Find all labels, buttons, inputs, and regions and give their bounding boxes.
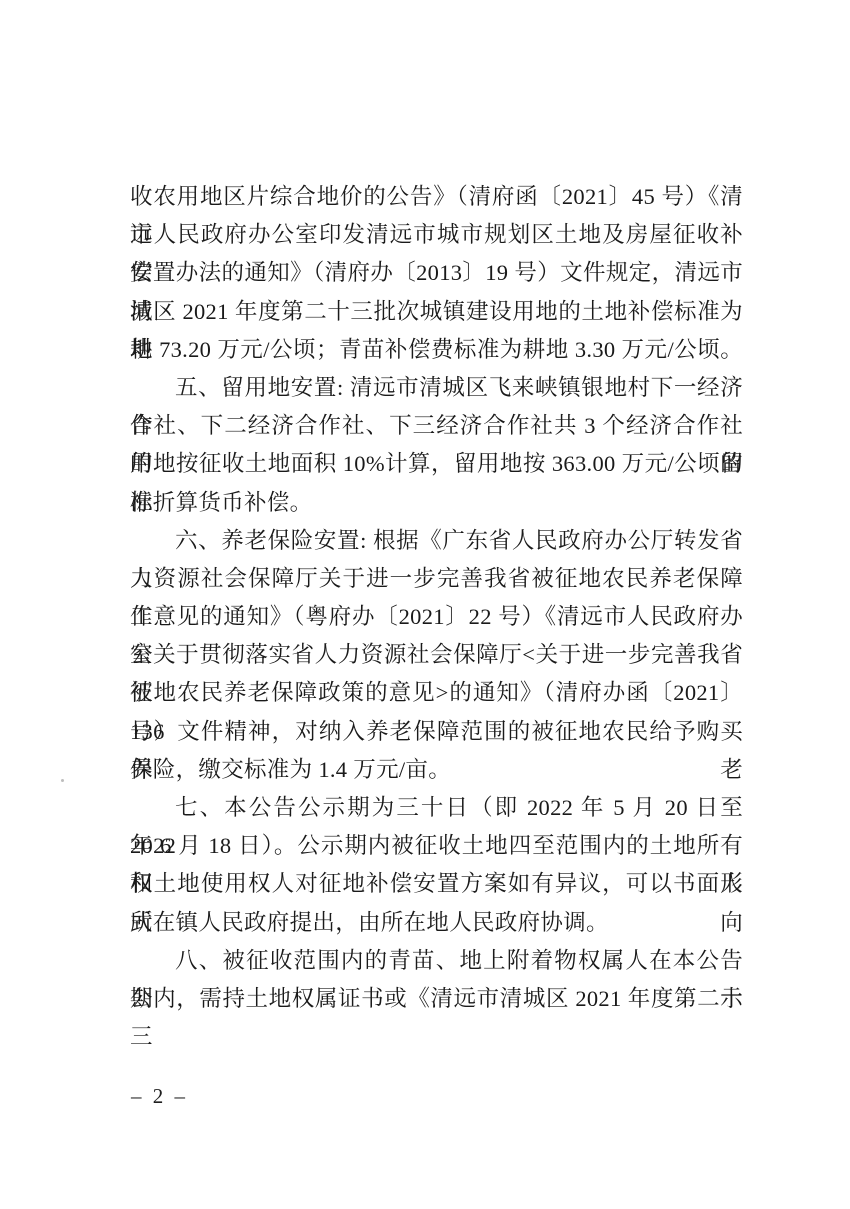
document-page: 收农用地区片综合地价的公告》（清府函〔2021〕45 号）《清远市人民政府办公室… xyxy=(0,0,850,1209)
text-line: 力资源社会保障厅关于进一步完善我省被征地农民养老保障工 xyxy=(130,560,743,598)
text-line: 收农用地区片综合地价的公告》（清府函〔2021〕45 号）《清远 xyxy=(130,178,743,216)
text-line: 地 73.20 万元/公顷；青苗补偿费标准为耕地 3.30 万元/公顷。 xyxy=(130,331,743,369)
text-line: 五、留用地安置: 清远市清城区飞来峡镇银地村下一经济合 xyxy=(130,369,743,407)
text-line: 安置办法的通知》（清府办〔2013〕19 号）文件规定，清远市清 xyxy=(130,254,743,292)
scan-artifact-dot xyxy=(61,779,64,782)
document-body: 收农用地区片综合地价的公告》（清府函〔2021〕45 号）《清远市人民政府办公室… xyxy=(130,178,743,1018)
text-line: 用地按征收土地面积 10%计算，留用地按 363.00 万元/公顷的标 xyxy=(130,445,743,483)
page-number: – 2 – xyxy=(131,1084,188,1109)
text-line: 市人民政府办公室印发清远市城市规划区土地及房屋征收补偿 xyxy=(130,216,743,254)
text-line: 年 6 月 18 日）。公示期内被征收土地四至范围内的土地所有权人 xyxy=(130,827,743,865)
text-line: 室关于贯彻落实省人力资源社会保障厅<关于进一步完善我省被 xyxy=(130,636,743,674)
text-line: 城区 2021 年度第二十三批次城镇建设用地的土地补偿标准为耕 xyxy=(130,293,743,331)
text-line: 七、本公告公示期为三十日（即 2022 年 5 月 20 日至 2022 xyxy=(130,789,743,827)
text-line: 准折算货币补偿。 xyxy=(130,484,743,522)
text-line: 征地农民养老保障政策的意见>的通知》（清府办函〔2021〕136 xyxy=(130,674,743,712)
text-line: 作社、下二经济合作社、下三经济合作社共 3 个经济合作社的留 xyxy=(130,407,743,445)
text-line: 期内，需持土地权属证书或《清远市清城区 2021 年度第二十三 xyxy=(130,980,743,1018)
text-line: 和土地使用权人对征地补偿安置方案如有异议，可以书面形式向 xyxy=(130,865,743,903)
text-line: 作意见的通知》（粤府办〔2021〕22 号）《清远市人民政府办公 xyxy=(130,598,743,636)
text-line: 号）文件精神，对纳入养老保障范围的被征地农民给予购买养老 xyxy=(130,713,743,751)
text-line: 六、养老保险安置: 根据《广东省人民政府办公厅转发省人 xyxy=(130,522,743,560)
text-line: 八、被征收范围内的青苗、地上附着物权属人在本公告公示 xyxy=(130,942,743,980)
